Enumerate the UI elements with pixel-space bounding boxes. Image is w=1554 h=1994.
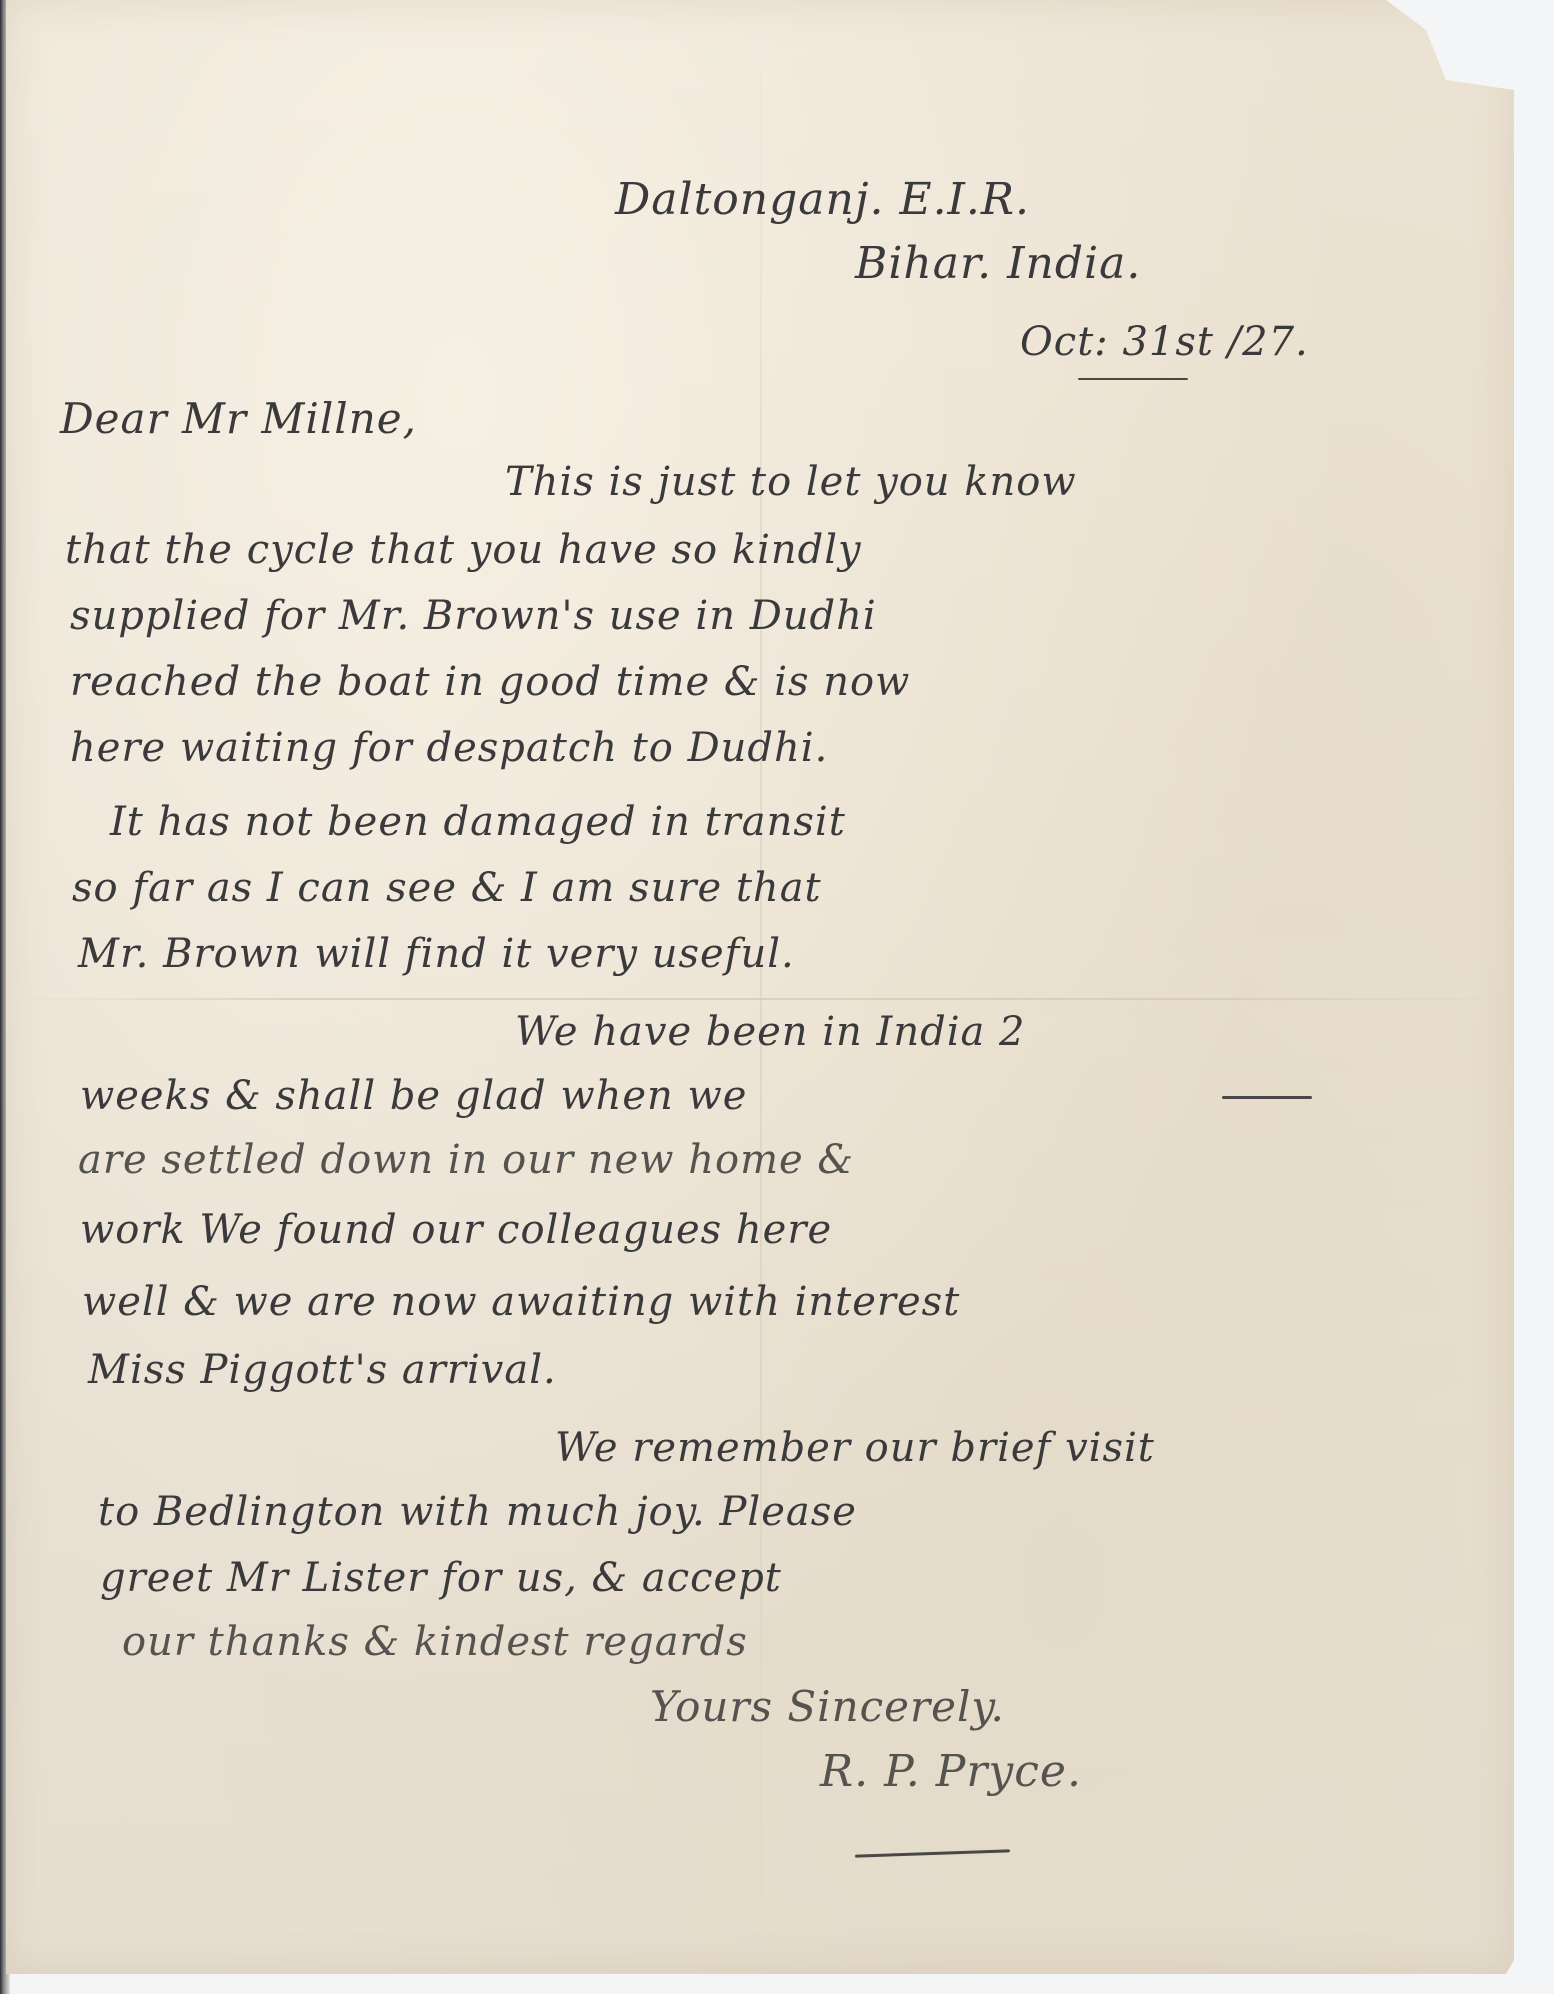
address-line-1: Daltonganj. E.I.R.	[615, 178, 1030, 222]
body-line-15: We remember our brief visit	[555, 1428, 1155, 1468]
body-line-12: work We found our colleagues here	[80, 1210, 832, 1250]
closing: Yours Sincerely.	[650, 1686, 1005, 1728]
body-line-5: here waiting for despatch to Dudhi.	[70, 728, 828, 768]
body-line-11: are settled down in our new home &	[78, 1140, 854, 1180]
strikethrough-when	[1222, 1096, 1312, 1099]
body-line-7: so far as I can see & I am sure that	[72, 868, 822, 908]
body-line-8: Mr. Brown will find it very useful.	[78, 934, 795, 974]
address-line-2: Bihar. India.	[855, 242, 1141, 286]
body-line-9: We have been in India 2	[515, 1012, 1026, 1052]
signature: R. P. Pryce.	[820, 1750, 1082, 1794]
body-line-1: This is just to let you know	[505, 462, 1077, 502]
date-underline	[1078, 378, 1188, 380]
body-line-18: our thanks & kindest regards	[122, 1622, 748, 1662]
body-line-17: greet Mr Lister for us, & accept	[100, 1558, 782, 1598]
body-line-4: reached the boat in good time & is now	[70, 662, 910, 702]
body-line-2: that the cycle that you have so kindly	[65, 530, 862, 570]
vertical-fold-crease	[760, 0, 762, 1974]
letter-date: Oct: 31st /27.	[1020, 322, 1309, 362]
salutation: Dear Mr Millne,	[60, 398, 417, 440]
body-line-6: It has not been damaged in transit	[110, 802, 846, 842]
body-line-13: well & we are now awaiting with interest	[82, 1282, 960, 1322]
scanned-letter: Daltonganj. E.I.R. Bihar. India. Oct: 31…	[0, 0, 1554, 1994]
body-line-16: to Bedlington with much joy. Please	[98, 1492, 857, 1532]
body-line-3: supplied for Mr. Brown's use in Dudhi	[70, 596, 877, 636]
body-line-14: Miss Piggott's arrival.	[88, 1350, 557, 1390]
body-line-10: weeks & shall be glad when we	[80, 1076, 747, 1116]
